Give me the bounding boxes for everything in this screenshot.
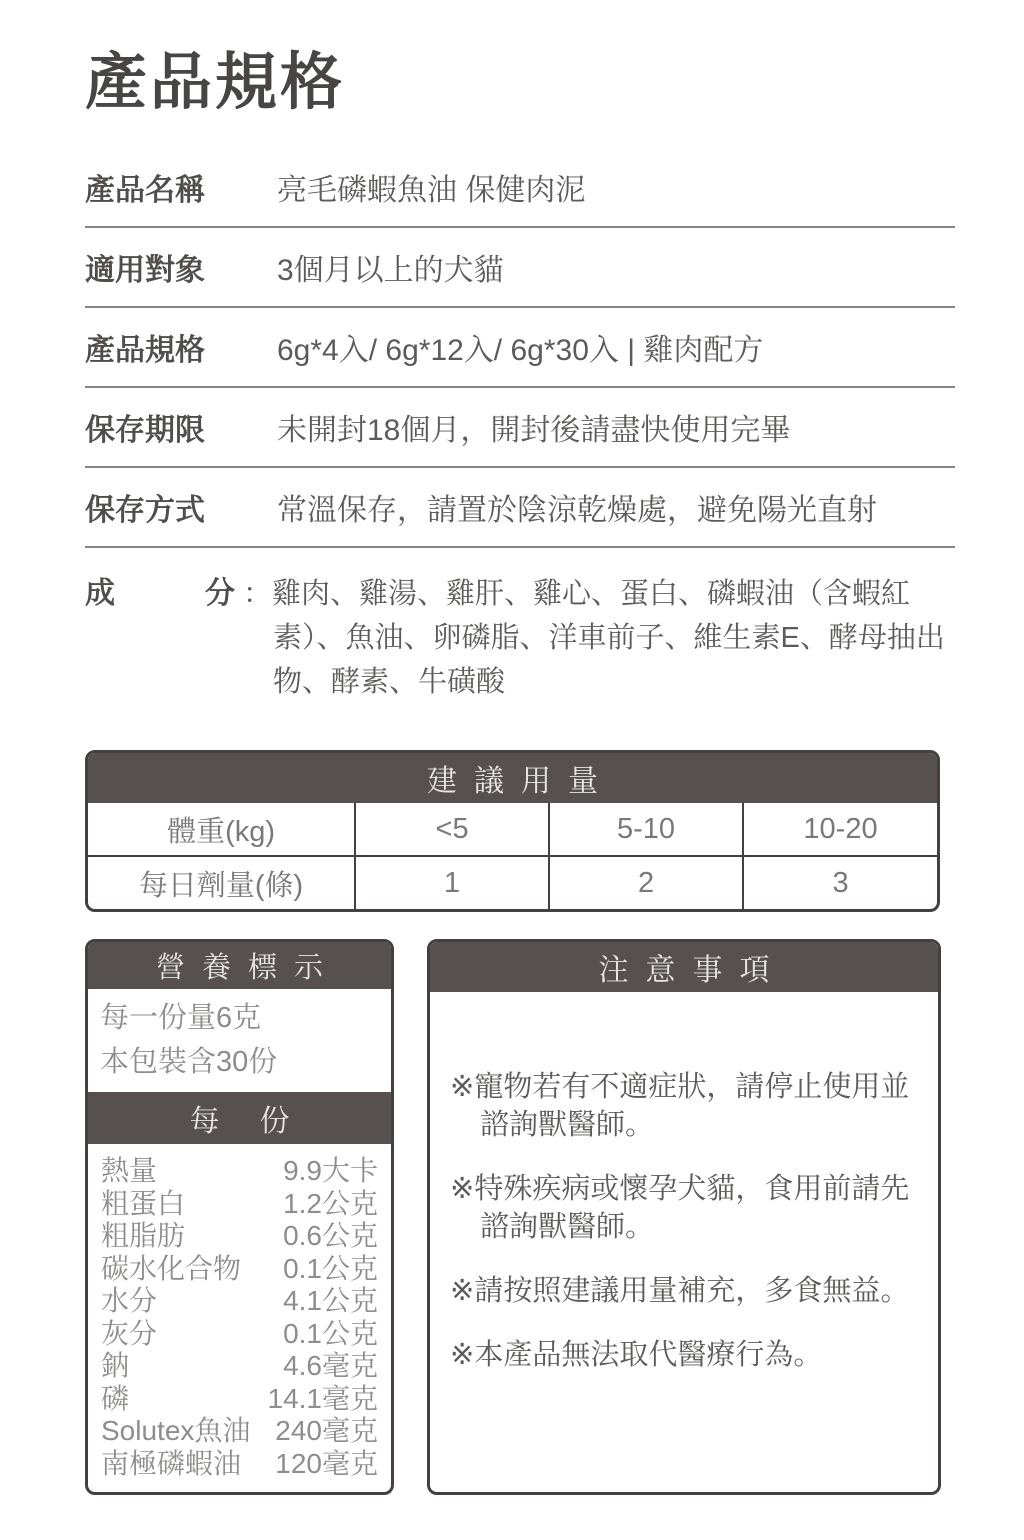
nutrient-name: Solutex魚油 [101, 1415, 250, 1448]
nutrient-name: 粗脂肪 [101, 1220, 185, 1253]
weight-range-cell: 5-10 [549, 803, 743, 856]
ingredients-label-char: 成 [85, 572, 115, 704]
spec-row-storage: 保存方式 常溫保存，請置於陰涼乾燥處，避免陽光直射 [85, 468, 955, 548]
ingredients-list: 雞肉、雞湯、雞肝、雞心、蛋白、磷蝦油（含蝦紅素）、魚油、卵磷脂、洋車前子、維生素… [272, 578, 945, 698]
product-spec-page: 產品規格 產品名稱 亮毛磷蝦魚油 保健肉泥 適用對象 3個月以上的犬貓 產品規格… [0, 0, 1024, 1495]
daily-dose-cell: 1 [355, 856, 549, 909]
note-item: ※本產品無法取代醫療行為。 [450, 1336, 932, 1374]
nutrition-row: 鈉4.6毫克 [101, 1350, 378, 1383]
nutrient-value: 4.6毫克 [283, 1350, 378, 1383]
note-marker: ※ [450, 1275, 474, 1307]
nutrient-value: 14.1毫克 [268, 1383, 379, 1416]
note-text: 本產品無法取代醫療行為。 [474, 1339, 822, 1371]
spec-label: 產品名稱 [85, 165, 235, 209]
weight-row: 體重(kg) <5 5-10 10-20 [88, 803, 937, 856]
ingredients-colon: ： [243, 578, 272, 610]
spec-row-product-spec: 產品規格 6g*4入/ 6g*12入/ 6g*30入 | 雞肉配方 [85, 308, 955, 388]
spec-label: 適用對象 [85, 245, 235, 289]
daily-dose-cell: 3 [743, 856, 937, 909]
nutrient-value: 0.1公克 [283, 1253, 378, 1286]
nutrition-title: 營養標示 [88, 942, 391, 989]
dosage-table: 建議用量 體重(kg) <5 5-10 10-20 每日劑量(條) 1 2 3 [85, 750, 940, 912]
nutrient-value: 240毫克 [275, 1415, 378, 1448]
per-serving-bar: 每份 [88, 1092, 391, 1144]
nutrition-row: 碳水化合物0.1公克 [101, 1253, 378, 1286]
note-marker: ※ [450, 1339, 474, 1371]
weight-row-label: 體重(kg) [88, 803, 355, 856]
nutrient-name: 熱量 [101, 1155, 157, 1188]
ingredients-label-char: 分 [205, 572, 235, 704]
spec-row-product-name: 產品名稱 亮毛磷蝦魚油 保健肉泥 [85, 148, 955, 228]
nutrition-row: 南極磷蝦油120毫克 [101, 1448, 378, 1481]
nutrition-row: 灰分0.1公克 [101, 1318, 378, 1351]
weight-range-cell: 10-20 [743, 803, 937, 856]
spec-label: 保存方式 [85, 485, 235, 529]
notes-body: ※寵物若有不適症狀，請停止使用並諮詢獸醫師。 ※特殊疾病或懷孕犬貓，食用前請先諮… [430, 992, 938, 1400]
spec-row-shelf-life: 保存期限 未開封18個月，開封後請盡快使用完畢 [85, 388, 955, 468]
nutrient-name: 磷 [101, 1383, 129, 1416]
note-marker: ※ [450, 1173, 474, 1205]
weight-range-cell: <5 [355, 803, 549, 856]
nutrition-row: Solutex魚油240毫克 [101, 1415, 378, 1448]
notes-panel: 注意事項 ※寵物若有不適症狀，請停止使用並諮詢獸醫師。 ※特殊疾病或懷孕犬貓，食… [427, 939, 941, 1495]
servings-per-pack-line: 本包裝含30份 [100, 1040, 379, 1084]
note-text: 請按照建議用量補充，多食無益。 [474, 1275, 909, 1307]
spec-value: 未開封18個月，開封後請盡快使用完畢 [277, 405, 790, 449]
serving-info: 每一份量6克 本包裝含30份 [88, 989, 391, 1092]
nutrition-row: 粗蛋白1.2公克 [101, 1188, 378, 1221]
page-title: 產品規格 [85, 38, 1024, 128]
nutrient-value: 4.1公克 [283, 1285, 378, 1318]
nutrition-rows: 熱量9.9大卡 粗蛋白1.2公克 粗脂肪0.6公克 碳水化合物0.1公克 水分4… [88, 1144, 391, 1480]
dosage-grid: 體重(kg) <5 5-10 10-20 每日劑量(條) 1 2 3 [88, 803, 937, 909]
spec-label: 保存期限 [85, 405, 235, 449]
nutrient-value: 1.2公克 [283, 1188, 378, 1221]
note-item: ※特殊疾病或懷孕犬貓，食用前請先諮詢獸醫師。 [450, 1170, 932, 1246]
spec-list: 產品名稱 亮毛磷蝦魚油 保健肉泥 適用對象 3個月以上的犬貓 產品規格 6g*4… [85, 148, 955, 704]
nutrient-value: 0.1公克 [283, 1318, 378, 1351]
ingredients-label: 成 分 [85, 572, 235, 704]
nutrient-name: 鈉 [101, 1350, 129, 1383]
nutrient-value: 120毫克 [275, 1448, 378, 1481]
nutrient-name: 碳水化合物 [101, 1253, 241, 1286]
nutrient-name: 水分 [101, 1285, 157, 1318]
note-item: ※寵物若有不適症狀，請停止使用並諮詢獸醫師。 [450, 1068, 932, 1144]
note-item: ※請按照建議用量補充，多食無益。 [450, 1272, 932, 1310]
note-text: 特殊疾病或懷孕犬貓，食用前請先諮詢獸醫師。 [474, 1173, 909, 1243]
spec-label: 產品規格 [85, 325, 235, 369]
nutrient-value: 0.6公克 [283, 1220, 378, 1253]
spec-value: 3個月以上的犬貓 [277, 245, 504, 289]
nutrition-row: 磷14.1毫克 [101, 1383, 378, 1416]
dosage-table-title: 建議用量 [88, 753, 937, 803]
spec-value: 亮毛磷蝦魚油 保健肉泥 [277, 165, 585, 209]
ingredients-text: ：雞肉、雞湯、雞肝、雞心、蛋白、磷蝦油（含蝦紅素）、魚油、卵磷脂、洋車前子、維生… [243, 572, 955, 704]
spec-value: 常溫保存，請置於陰涼乾燥處，避免陽光直射 [277, 485, 877, 529]
daily-dose-row-label: 每日劑量(條) [88, 856, 355, 909]
nutrient-value: 9.9大卡 [283, 1155, 378, 1188]
nutrition-row: 水分4.1公克 [101, 1285, 378, 1318]
note-text: 寵物若有不適症狀，請停止使用並諮詢獸醫師。 [474, 1071, 909, 1141]
nutrition-row: 粗脂肪0.6公克 [101, 1220, 378, 1253]
spec-value: 6g*4入/ 6g*12入/ 6g*30入 | 雞肉配方 [277, 325, 763, 369]
nutrient-name: 粗蛋白 [101, 1188, 185, 1221]
spec-row-target-animals: 適用對象 3個月以上的犬貓 [85, 228, 955, 308]
nutrition-row: 熱量9.9大卡 [101, 1155, 378, 1188]
daily-dose-cell: 2 [549, 856, 743, 909]
note-marker: ※ [450, 1071, 474, 1103]
nutrient-name: 灰分 [101, 1318, 157, 1351]
notes-title: 注意事項 [430, 942, 938, 992]
nutrition-panel: 營養標示 每一份量6克 本包裝含30份 每份 熱量9.9大卡 粗蛋白1.2公克 … [85, 939, 394, 1495]
ingredients-row: 成 分 ：雞肉、雞湯、雞肝、雞心、蛋白、磷蝦油（含蝦紅素）、魚油、卵磷脂、洋車前… [85, 548, 955, 704]
serving-size-line: 每一份量6克 [100, 996, 379, 1040]
bottom-panels: 營養標示 每一份量6克 本包裝含30份 每份 熱量9.9大卡 粗蛋白1.2公克 … [85, 939, 941, 1495]
daily-dose-row: 每日劑量(條) 1 2 3 [88, 856, 937, 909]
nutrient-name: 南極磷蝦油 [101, 1448, 241, 1481]
